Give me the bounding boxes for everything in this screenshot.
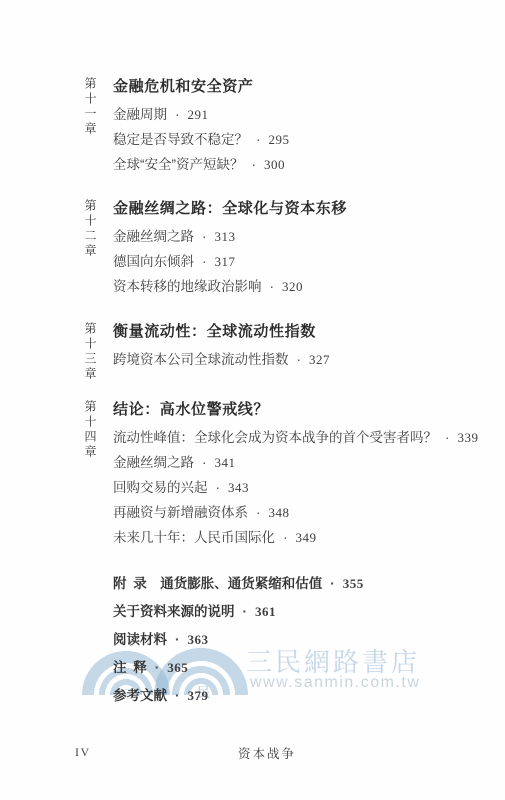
- dot-separator: ·: [330, 576, 335, 591]
- chapter-number-label: 第十一章: [83, 77, 97, 157]
- toc-entry-text: 未来几十年：人民币国际化: [113, 526, 275, 546]
- backmatter-entry: 关于资料来源的说明 · 361: [113, 600, 493, 628]
- backmatter-entry-page: 361: [255, 604, 276, 620]
- toc-entry-text: 金融丝绸之路: [113, 451, 194, 471]
- toc-entry-page: 327: [309, 352, 330, 368]
- dot-separator: ·: [175, 107, 180, 122]
- toc-entry: 资本转移的地缘政治影响 · 320: [113, 275, 493, 300]
- backmatter-entry: 附 录 通货膨胀、通货紧缩和估值 · 355: [113, 572, 493, 600]
- chapter-section-14: 第十四章 结论：高水位警戒线？ 流动性峰值：全球化会成为资本战争的首个受害者吗？…: [113, 398, 493, 551]
- toc-entry-text: 跨境资本公司全球流动性指数: [113, 348, 289, 368]
- toc-entry: 全球“安全”资产短缺？ · 300: [113, 153, 493, 178]
- folio-page-number: IV: [75, 745, 91, 760]
- toc-entry-text: 回购交易的兴起: [113, 476, 208, 496]
- backmatter-entry-page: 365: [167, 660, 188, 676]
- toc-content: 第十一章 金融危机和安全资产 金融周期 · 291 稳定是否导致不稳定？ · 2…: [0, 0, 505, 800]
- dot-separator: ·: [175, 688, 180, 703]
- toc-entry: 金融丝绸之路 · 341: [113, 451, 493, 476]
- toc-entry: 金融周期 · 291: [113, 103, 493, 128]
- toc-entry-text: 稳定是否导致不稳定？: [113, 128, 248, 148]
- toc-entry: 跨境资本公司全球流动性指数 · 327: [113, 348, 493, 373]
- chapter-title: 结论：高水位警戒线？: [113, 398, 493, 418]
- chapter-section-12: 第十二章 金融丝绸之路：全球化与资本东移 金融丝绸之路 · 313 德国向东倾斜…: [113, 197, 493, 300]
- chapter-number-label: 第十二章: [83, 199, 97, 279]
- toc-entry: 稳定是否导致不稳定？ · 295: [113, 128, 493, 153]
- toc-entry-text: 全球“安全”资产短缺？: [113, 153, 244, 173]
- dot-separator: ·: [155, 660, 160, 675]
- dot-separator: ·: [216, 480, 221, 495]
- toc-entry: 回购交易的兴起 · 343: [113, 476, 493, 501]
- toc-page: 三 民 三民網路書店 www.sanmin.com.tw 第十一章 金融危机和安…: [0, 0, 505, 800]
- toc-entry-text: 金融周期: [113, 103, 167, 123]
- toc-entry: 金融丝绸之路 · 313: [113, 225, 493, 250]
- toc-entry-page: 291: [188, 107, 209, 123]
- toc-entry-page: 295: [269, 132, 290, 148]
- backmatter-entry-page: 379: [188, 688, 209, 704]
- backmatter-entry-text: 附 录 通货膨胀、通货紧缩和估值: [113, 572, 322, 592]
- dot-separator: ·: [445, 430, 450, 445]
- toc-entry-page: 348: [269, 505, 290, 521]
- chapter-section-11: 第十一章 金融危机和安全资产 金融周期 · 291 稳定是否导致不稳定？ · 2…: [113, 75, 493, 178]
- toc-entry-text: 再融资与新增融资体系: [113, 501, 248, 521]
- toc-entry-page: 300: [264, 157, 285, 173]
- toc-entry-text: 资本转移的地缘政治影响: [113, 275, 262, 295]
- toc-entry-page: 349: [296, 530, 317, 546]
- dot-separator: ·: [202, 455, 207, 470]
- backmatter-entry-page: 355: [343, 576, 364, 592]
- dot-separator: ·: [175, 632, 180, 647]
- backmatter-entry-text: 关于资料来源的说明: [113, 600, 235, 620]
- toc-entry-text: 流动性峰值：全球化会成为资本战争的首个受害者吗？: [113, 426, 437, 446]
- toc-entry-text: 金融丝绸之路: [113, 225, 194, 245]
- toc-entry-page: 339: [458, 430, 479, 446]
- backmatter-entry: 注 释 · 365: [113, 656, 493, 684]
- chapter-title: 金融丝绸之路：全球化与资本东移: [113, 197, 493, 217]
- dot-separator: ·: [243, 604, 248, 619]
- backmatter-entry-page: 363: [188, 632, 209, 648]
- dot-separator: ·: [202, 229, 207, 244]
- toc-entry-page: 317: [215, 254, 236, 270]
- dot-separator: ·: [256, 132, 261, 147]
- chapter-title: 衡量流动性：全球流动性指数: [113, 320, 493, 340]
- backmatter-entry-text: 阅读材料: [113, 628, 167, 648]
- toc-entry-page: 341: [215, 455, 236, 471]
- toc-entry: 再融资与新增融资体系 · 348: [113, 501, 493, 526]
- toc-entry-page: 313: [215, 229, 236, 245]
- chapter-title: 金融危机和安全资产: [113, 75, 493, 95]
- toc-entry-page: 320: [282, 279, 303, 295]
- backmatter-entry: 阅读材料 · 363: [113, 628, 493, 656]
- toc-entry: 未来几十年：人民币国际化 · 349: [113, 526, 493, 551]
- backmatter-entry-text: 注 释: [113, 656, 147, 676]
- dot-separator: ·: [270, 279, 275, 294]
- dot-separator: ·: [283, 530, 288, 545]
- chapter-section-13: 第十三章 衡量流动性：全球流动性指数 跨境资本公司全球流动性指数 · 327: [113, 320, 493, 373]
- dot-separator: ·: [297, 352, 302, 367]
- chapter-number-label: 第十四章: [83, 400, 97, 480]
- dot-separator: ·: [202, 254, 207, 269]
- dot-separator: ·: [252, 157, 257, 172]
- backmatter-entry: 参考文献 · 379: [113, 684, 493, 712]
- backmatter-section: 附 录 通货膨胀、通货紧缩和估值 · 355 关于资料来源的说明 · 361 阅…: [113, 572, 493, 712]
- toc-entry-page: 343: [228, 480, 249, 496]
- chapter-number-label: 第十三章: [83, 322, 97, 402]
- toc-entry: 德国向东倾斜 · 317: [113, 250, 493, 275]
- toc-entry: 流动性峰值：全球化会成为资本战争的首个受害者吗？ · 339: [113, 426, 493, 451]
- running-book-title: 资本战争: [238, 744, 296, 762]
- toc-entry-text: 德国向东倾斜: [113, 250, 194, 270]
- dot-separator: ·: [256, 505, 261, 520]
- backmatter-entry-text: 参考文献: [113, 684, 167, 704]
